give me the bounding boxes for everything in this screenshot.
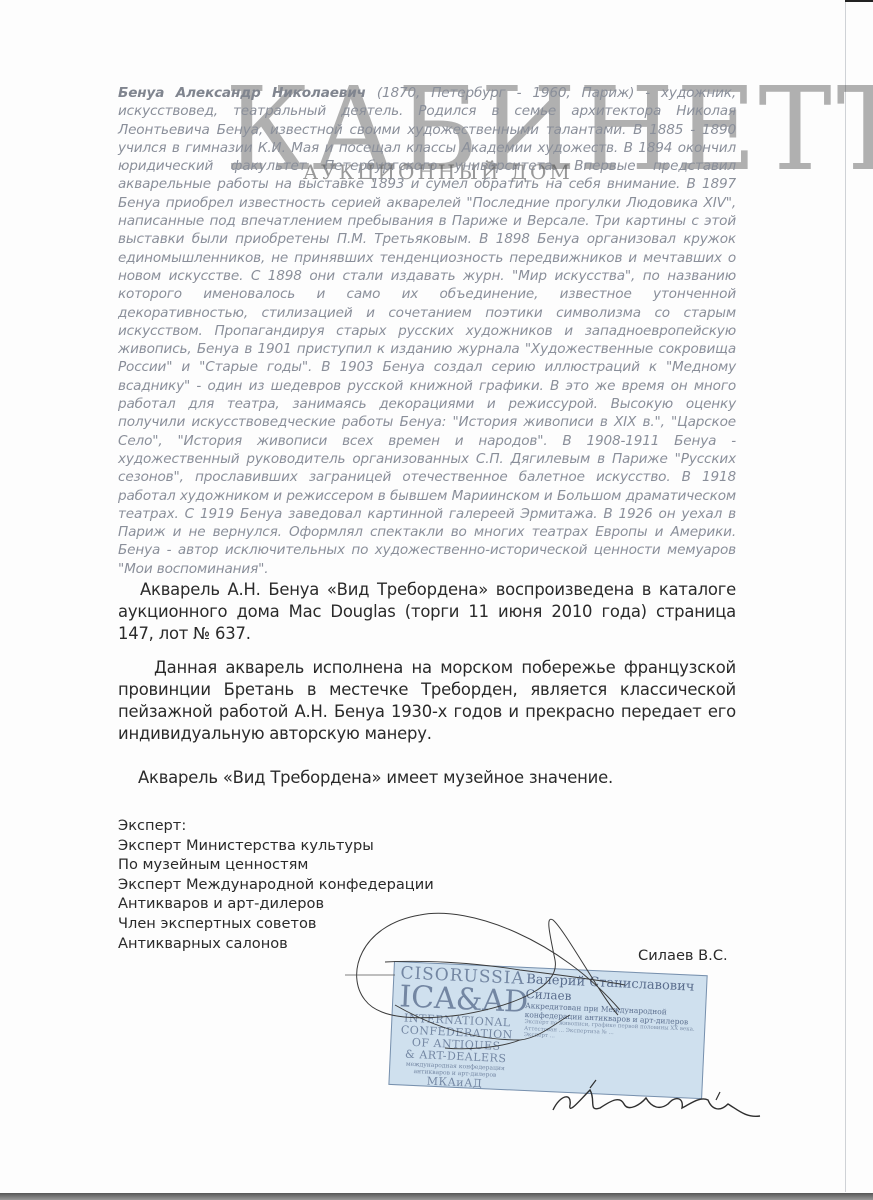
expert-line: Эксперт: — [118, 816, 434, 836]
page-edge-bottom — [0, 1193, 873, 1200]
expert-credentials: Эксперт: Эксперт Министерства культуры П… — [118, 816, 434, 953]
biography-text: (1870, Петербург - 1960, Париж) - художн… — [118, 85, 736, 577]
catalog-paragraph: Акварель А.Н. Бенуа «Вид Требордена» вос… — [118, 579, 736, 645]
page-edge-top — [845, 0, 873, 2]
expert-stamp: CISORUSSIA ICA&AD INTERNATIONAL CONFEDER… — [388, 961, 707, 1099]
expert-line: Эксперт Международной конфедерации — [118, 875, 434, 895]
stamp-text-block: Валерий Станиславович Силаев Аккредитова… — [524, 972, 703, 1046]
stamp-logo-block: CISORUSSIA ICA&AD INTERNATIONAL CONFEDER… — [395, 964, 518, 1091]
expert-line: По музейным ценностям — [118, 855, 434, 875]
expert-line: Антикварных салонов — [118, 934, 434, 954]
expert-line: Эксперт Министерства культуры — [118, 836, 434, 856]
description-paragraph: Данная акварель исполнена на морском поб… — [118, 657, 736, 745]
page-edge-right — [845, 0, 846, 1192]
biography-name: Бенуа Александр Николаевич — [118, 85, 366, 101]
museum-value-paragraph: Акварель «Вид Требордена» имеет музейное… — [138, 767, 738, 789]
expert-line: Антикваров и арт-дилеров — [118, 894, 434, 914]
signer-name: Силаев В.С. — [638, 947, 728, 964]
expert-line: Член экспертных советов — [118, 914, 434, 934]
biography-paragraph: Бенуа Александр Николаевич (1870, Петерб… — [118, 84, 736, 578]
